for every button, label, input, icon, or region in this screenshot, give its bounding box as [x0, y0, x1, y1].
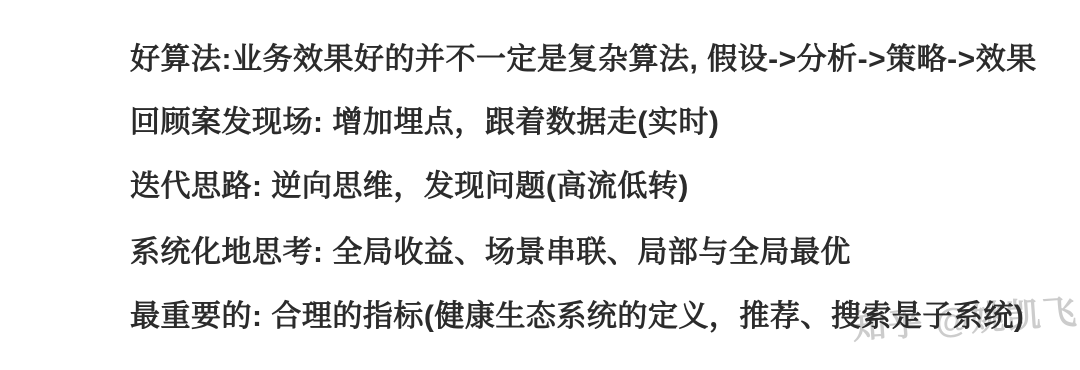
note-line-iteration-thinking: 迭代思路: 逆向思维，发现问题(高流低转)	[130, 170, 689, 204]
note-line-revisit-scene: 回顾案发现场: 增加埋点，跟着数据走(实时)	[130, 106, 719, 140]
note-line-systematic-thinking: 系统化地思考: 全局收益、场景串联、局部与全局最优	[130, 236, 851, 270]
note-line-good-algorithm: 好算法:业务效果好的并不一定是复杂算法, 假设->分析->策略->效果	[130, 43, 1037, 77]
slide-page: 知乎 @姚凯飞 好算法:业务效果好的并不一定是复杂算法, 假设->分析->策略-…	[0, 0, 1080, 370]
note-line-most-important: 最重要的: 合理的指标(健康生态系统的定义，推荐、搜索是子系统)	[130, 300, 1024, 334]
